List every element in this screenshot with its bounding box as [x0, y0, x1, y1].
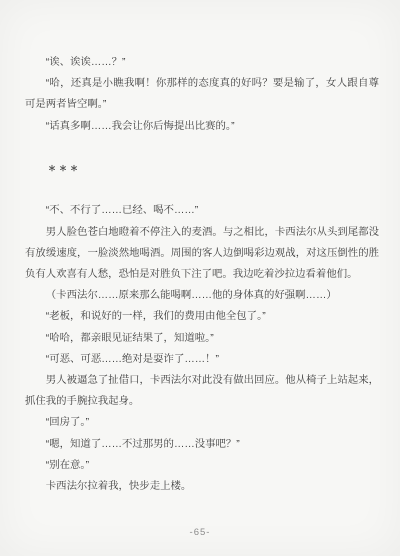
dialogue-line: “回房了。”	[25, 412, 379, 433]
dialogue-line: “哈，还真是小瞧我啊！你那样的态度真的好吗？要是输了，女人跟自尊可是两者皆空啊。…	[25, 73, 379, 115]
scene-separator: ＊＊＊	[25, 158, 379, 179]
dialogue-line: “哈哈，都亲眼见证结果了，知道啦。”	[25, 328, 379, 349]
dialogue-line: “诶、诶诶……？”	[25, 52, 379, 73]
dialogue-line: “话真多啊……我会让你后悔提出比赛的。”	[25, 116, 379, 137]
dialogue-line: “可恶、可恶……绝对是耍诈了……！”	[25, 349, 379, 370]
book-page: “诶、诶诶……？” “哈，还真是小瞧我啊！你那样的态度真的好吗？要是输了，女人跟…	[0, 0, 400, 556]
dialogue-line: “老板，和说好的一样，我们的费用由他全包了。”	[25, 306, 379, 327]
dialogue-line: “别在意。”	[25, 455, 379, 476]
narration-paragraph: 卡西法尔拉着我，快步走上楼。	[25, 476, 379, 497]
page-number: -65-	[0, 527, 400, 538]
inner-thought-line: （卡西法尔……原来那么能喝啊……他的身体真的好强啊……）	[25, 285, 379, 306]
dialogue-line: “嗯，知道了……不过那男的……没事吧？”	[25, 434, 379, 455]
narration-paragraph: 男人脸色苍白地瞪着不停注入的麦酒。与之相比，卡西法尔从头到尾都没有放缓速度，一脸…	[25, 222, 379, 286]
dialogue-line: “不、不行了……已经、喝不……”	[25, 200, 379, 221]
text-block: “诶、诶诶……？” “哈，还真是小瞧我啊！你那样的态度真的好吗？要是输了，女人跟…	[25, 52, 379, 497]
narration-paragraph: 男人被逼急了扯借口，卡西法尔对此没有做出回应。他从椅子上站起来，抓住我的手腕拉我…	[25, 370, 379, 412]
